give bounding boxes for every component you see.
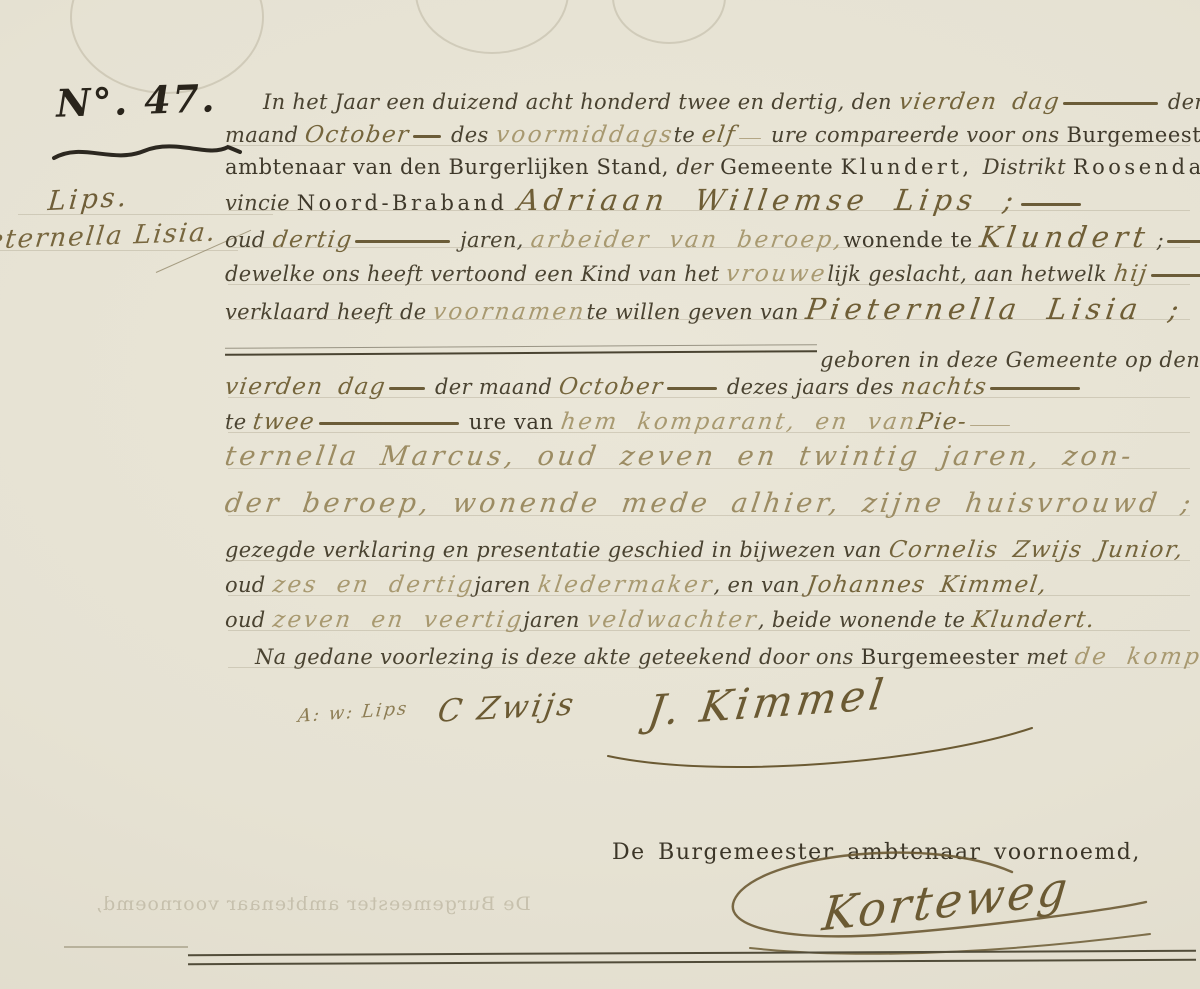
guide-line xyxy=(228,210,1190,211)
separator-rule xyxy=(225,344,817,356)
handwritten-text: Johannes Kimmel, xyxy=(804,568,1049,602)
printed-text: Na gedane voorlezing is deze akte geteek… xyxy=(255,645,861,669)
act-line: In het Jaar een duizend acht honderd twe… xyxy=(225,85,1200,121)
printed-text: verklaard heeft de xyxy=(225,300,433,324)
handwritten-text: twee xyxy=(251,405,318,439)
printed-text: dezes jaars des xyxy=(720,375,901,399)
handwritten-text: arbeider van beroep, xyxy=(528,223,845,257)
act-line: maand October des voormiddags te elf ure… xyxy=(225,118,1200,154)
act-line: ternella Marcus, oud zeven en twintig ja… xyxy=(225,440,1200,477)
handwritten-text: kledermaker xyxy=(535,568,716,602)
fill-rule xyxy=(319,422,459,425)
handwritten-text: October xyxy=(557,370,666,404)
printed-text: ; xyxy=(1150,228,1164,252)
handwritten-text: dertig xyxy=(270,223,354,257)
handwritten-text: voornamen xyxy=(431,295,589,329)
printed-text: des xyxy=(444,123,496,147)
handwritten-text: Pie- xyxy=(914,405,969,439)
printed-text: jaren xyxy=(474,573,538,597)
fill-rule xyxy=(667,387,717,390)
act-line: oud zes en dertig jaren kledermaker, en … xyxy=(225,568,1200,604)
printed-text: met xyxy=(1019,645,1075,669)
handwritten-text: zes en dertig xyxy=(270,568,477,602)
guide-line xyxy=(228,284,1190,285)
fill-rule xyxy=(1151,274,1200,277)
printed-text: Noord-Braband xyxy=(297,191,518,215)
fill-rule xyxy=(739,138,761,139)
handwritten-text: October xyxy=(303,118,412,152)
guide-line xyxy=(228,560,1190,561)
handwritten-text: vierden dag xyxy=(896,85,1062,119)
handwritten-text: hem komparant, en van xyxy=(559,405,919,439)
printed-text: oud xyxy=(225,228,273,252)
printed-text: ambtenaar van den Burgerlijken Stand, xyxy=(225,155,676,179)
printed-text: wonende te xyxy=(843,228,980,252)
act-line: oud dertig jaren, arbeider van beroep, w… xyxy=(225,220,1200,259)
printed-text: Burgemeester xyxy=(861,645,1020,669)
handwritten-text: nachts xyxy=(898,370,989,404)
fill-rule xyxy=(413,135,441,138)
printed-text: lijk geslacht, aan hetwelk xyxy=(827,262,1114,286)
handwritten-text: de komparanten xyxy=(1073,640,1200,674)
guide-line xyxy=(228,145,1190,146)
guide-line xyxy=(228,432,1190,433)
fill-rule xyxy=(1021,203,1081,206)
printed-text: oud xyxy=(225,608,273,632)
signature-declarant: A: w: Lips xyxy=(297,698,409,727)
act-line: der beroep, wonende mede alhier, zijne h… xyxy=(225,487,1200,524)
handwritten-text: voormiddags xyxy=(493,118,676,152)
bottom-rule-faint xyxy=(64,946,188,948)
printed-text: jaren xyxy=(523,608,587,632)
fill-rule xyxy=(970,425,1010,426)
printed-text: der xyxy=(1161,90,1200,114)
act-number-flourish xyxy=(50,136,245,172)
handwritten-text: vrouwe xyxy=(724,257,830,291)
handwritten-text: veldwachter xyxy=(584,603,760,637)
printed-text: jaren, xyxy=(453,228,530,252)
margin-child-surname: Lips. xyxy=(47,182,131,217)
fill-rule xyxy=(1167,240,1200,243)
scanned-birth-certificate: N°. 47. Lips. Pieternella Lisia. In het … xyxy=(0,0,1200,989)
guide-line xyxy=(228,515,1190,516)
act-line: oud zeven en veertig jaren veldwachter, … xyxy=(225,603,1200,639)
handwritten-text: Klundert. xyxy=(970,603,1098,637)
printed-text: Distrikt xyxy=(983,155,1073,179)
act-line: vincie Noord-Braband Adriaan Willemse Li… xyxy=(225,183,1200,222)
printed-text: maand xyxy=(225,123,305,147)
printed-text: der maand xyxy=(428,375,559,399)
printed-text: Gemeente xyxy=(720,155,840,179)
printed-text: , en van xyxy=(714,573,807,597)
guide-line xyxy=(228,630,1190,631)
act-line: verklaard heeft de voornamen te willen g… xyxy=(225,292,1200,331)
printed-text: , beide wonende te xyxy=(758,608,972,632)
guide-line xyxy=(228,397,1190,398)
printed-text: oud xyxy=(225,573,273,597)
printed-text: Burgemeester, xyxy=(1066,123,1200,147)
printed-text: Klundert, xyxy=(841,155,983,179)
printed-text: te xyxy=(225,410,253,434)
printed-text: dewelke ons heeft vertoond een Kind van … xyxy=(225,262,726,286)
guide-line xyxy=(228,319,1190,320)
seal-ghost xyxy=(612,0,726,44)
printed-text: geboren in deze Gemeente op den xyxy=(820,348,1200,372)
handwritten-text: hij xyxy=(1111,257,1150,291)
fill-rule xyxy=(990,387,1080,390)
bleedthrough-text: De Burgemeester ambtenaar voornoemd, xyxy=(95,893,531,915)
printed-text: Roosendaal, xyxy=(1073,155,1200,179)
act-line: ambtenaar van den Burgerlijken Stand, de… xyxy=(225,150,1200,186)
act-line: dewelke ons heeft vertoond een Kind van … xyxy=(225,257,1200,293)
printed-text: ure van xyxy=(462,410,561,434)
guide-line xyxy=(0,250,238,251)
printed-text: te xyxy=(674,123,702,147)
guide-line xyxy=(228,468,1190,469)
printed-text: In het Jaar een duizend acht honderd twe… xyxy=(263,90,899,114)
guide-line xyxy=(228,667,1190,668)
signature-kimmel-flourish xyxy=(600,722,1040,782)
handwritten-text: Cornelis Zwijs Junior, xyxy=(886,533,1186,567)
act-line: Na gedane voorlezing is deze akte geteek… xyxy=(225,640,1200,676)
seal-ghost xyxy=(415,0,569,54)
act-line: vierden dag der maand October dezes jaar… xyxy=(225,370,1200,406)
handwritten-text: vierden dag xyxy=(223,370,389,404)
act-number: N°. 47. xyxy=(55,75,217,126)
handwritten-text: zeven en veertig xyxy=(270,603,526,637)
fill-rule xyxy=(389,387,425,390)
printed-text: der xyxy=(676,155,720,179)
handwritten-text: Pieternella Lisia ; xyxy=(803,292,1185,326)
guide-line xyxy=(228,595,1190,596)
handwritten-text: Klundert xyxy=(978,220,1152,254)
fill-rule xyxy=(355,240,450,243)
printed-text: te willen geven van xyxy=(586,300,805,324)
act-line: gezegde verklaring en presentatie geschi… xyxy=(225,533,1200,569)
signature-witness-zwijs: C Zwijs xyxy=(435,686,579,730)
guide-line xyxy=(228,247,1190,248)
printed-text: ure compareerde voor ons xyxy=(764,123,1066,147)
fill-rule xyxy=(1063,102,1158,105)
handwritten-text: elf xyxy=(700,118,739,152)
handwritten-text: Adriaan Willemse Lips ; xyxy=(515,183,1020,217)
printed-text: gezegde verklaring en presentatie geschi… xyxy=(225,538,889,562)
act-line: te twee ure van hem komparant, en van Pi… xyxy=(225,405,1200,441)
printed-text: vincie xyxy=(225,191,297,215)
